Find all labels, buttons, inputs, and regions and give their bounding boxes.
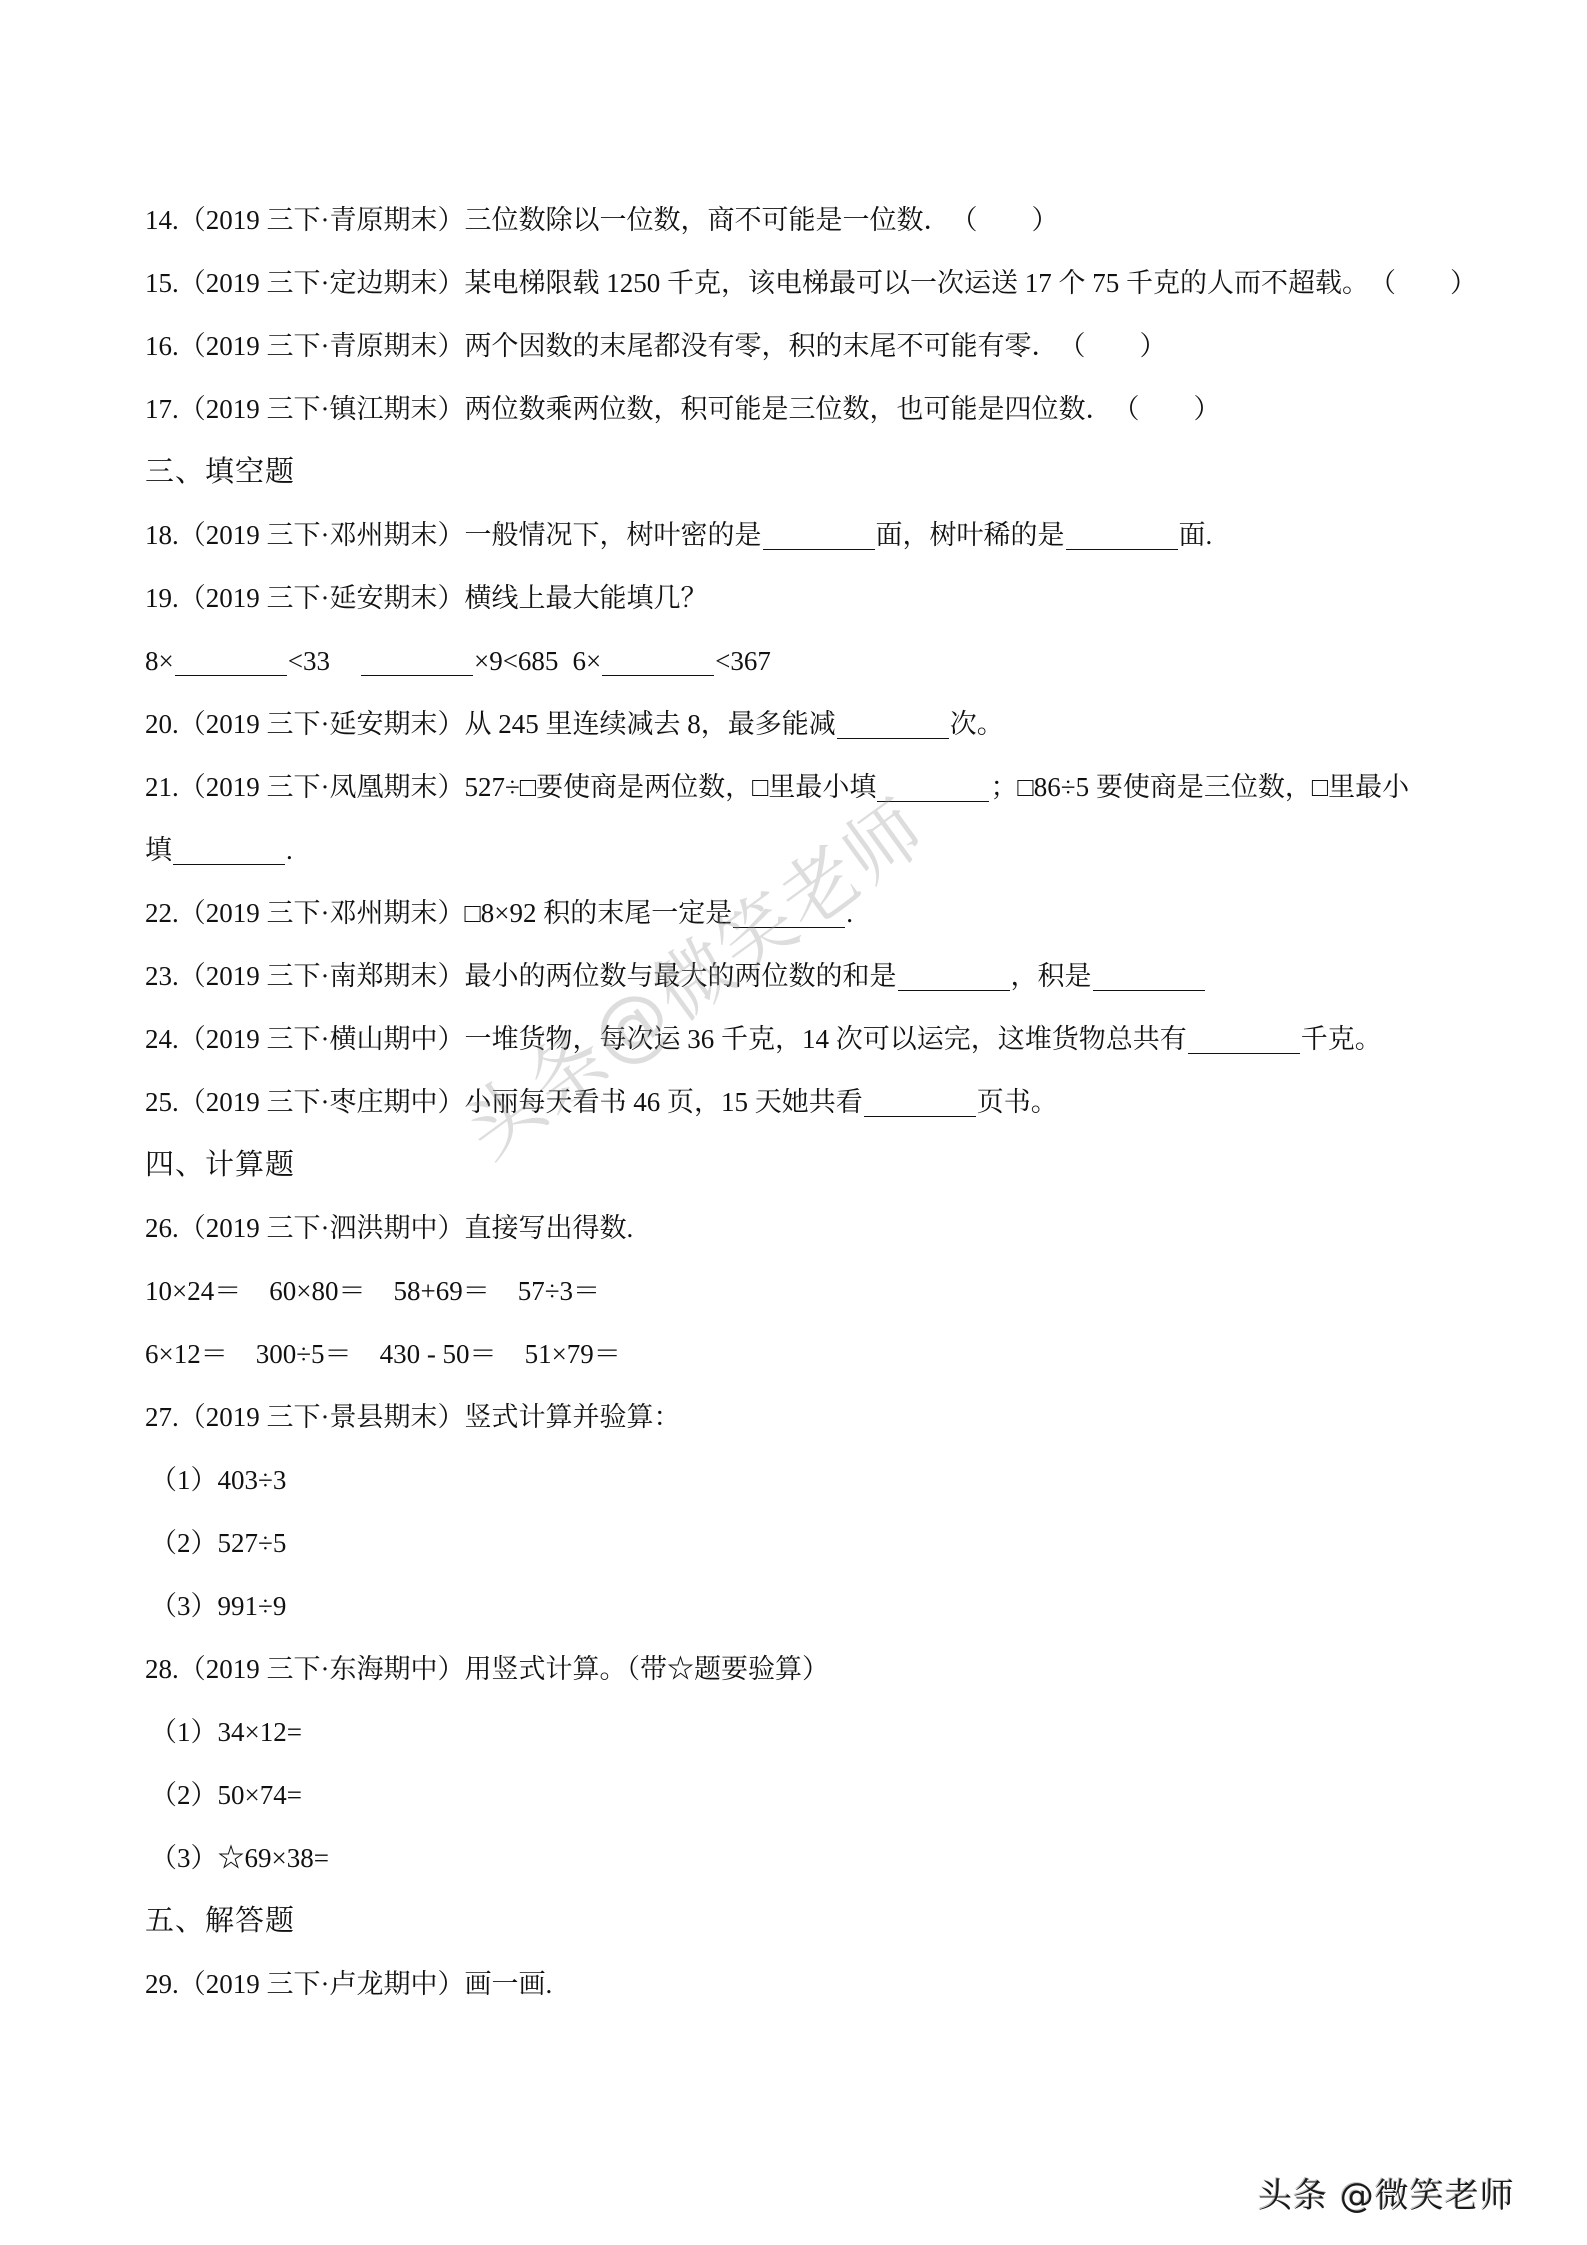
question-25: 25.（2019 三下·枣庄期中）小丽每天看书 46 页，15 天她共看页书。	[145, 1080, 1445, 1124]
question-28: 28.（2019 三下·东海期中）用竖式计算。（带☆题要验算）	[145, 1647, 1445, 1691]
question-source: （2019 三下·卢龙期中）	[179, 1969, 465, 1999]
answer-blank[interactable]	[175, 645, 287, 676]
question-number: 27.	[145, 1402, 179, 1432]
answer-blank[interactable]	[1093, 960, 1205, 991]
question-number: 17.	[145, 394, 179, 424]
question-text: .	[286, 835, 293, 865]
calc-item: 430 - 50＝	[380, 1339, 497, 1369]
question-text: 527÷□要使商是两位数，□里最小填	[465, 772, 877, 802]
question-number: 15.	[145, 268, 179, 298]
answer-blank[interactable]	[602, 645, 714, 676]
section-heading-fill-in: 三、填空题	[145, 450, 1445, 494]
expression-text: <33	[288, 646, 330, 676]
question-17: 17.（2019 三下·镇江期末）两位数乘两位数，积可能是三位数，也可能是四位数…	[145, 387, 1445, 431]
question-23: 23.（2019 三下·南郑期末）最小的两位数与最大的两位数的和是，积是	[145, 954, 1445, 998]
answer-blank[interactable]	[763, 519, 875, 550]
question-text: 用竖式计算。（带☆题要验算）	[465, 1654, 830, 1684]
question-text: 两位数乘两位数，积可能是三位数，也可能是四位数．	[465, 394, 1113, 424]
question-number: 22.	[145, 898, 179, 928]
question-source: （2019 三下·延安期末）	[179, 709, 465, 739]
answer-parentheses[interactable]: （ ）	[1369, 261, 1477, 305]
question-text: 一般情况下，树叶密的是	[465, 520, 762, 550]
question-text: 填	[145, 835, 172, 865]
calc-item: 6×12＝	[145, 1339, 228, 1369]
question-27-item-2: （2）527÷5	[150, 1521, 1450, 1565]
question-number: 28.	[145, 1654, 179, 1684]
question-number: 16.	[145, 331, 179, 361]
question-28-item-1: （1）34×12=	[150, 1710, 1450, 1754]
question-number: 19.	[145, 583, 179, 613]
question-16: 16.（2019 三下·青原期末）两个因数的末尾都没有零，积的末尾不可能有零．（…	[145, 324, 1445, 368]
worksheet-page: 14.（2019 三下·青原期末）三位数除以一位数，商不可能是一位数．（ ） 1…	[0, 0, 1587, 2245]
question-text: 三位数除以一位数，商不可能是一位数．	[465, 205, 951, 235]
question-21: 21.（2019 三下·凤凰期末）527÷□要使商是两位数，□里最小填；□86÷…	[145, 765, 1445, 809]
expression-text: 8×	[145, 646, 174, 676]
question-number: 26.	[145, 1213, 179, 1243]
question-18: 18.（2019 三下·邓州期末）一般情况下，树叶密的是面，树叶稀的是面.	[145, 513, 1445, 557]
question-number: 24.	[145, 1024, 179, 1054]
question-26-row-1: 10×24＝60×80＝58+69＝57÷3＝	[145, 1269, 1445, 1313]
answer-blank[interactable]	[864, 1086, 976, 1117]
question-text: 千克。	[1301, 1024, 1382, 1054]
answer-blank[interactable]	[1188, 1023, 1300, 1054]
question-source: （2019 三下·横山期中）	[179, 1024, 465, 1054]
calc-item: 60×80＝	[269, 1276, 365, 1306]
calc-item: 300÷5＝	[256, 1339, 352, 1369]
question-source: （2019 三下·镇江期末）	[179, 394, 465, 424]
question-text: 画一画.	[465, 1969, 553, 1999]
question-text: ，积是	[1011, 961, 1092, 991]
answer-parentheses[interactable]: （ ）	[1059, 324, 1167, 368]
question-text: 最小的两位数与最大的两位数的和是	[465, 961, 897, 991]
answer-blank[interactable]	[898, 960, 1010, 991]
answer-blank[interactable]	[361, 645, 473, 676]
question-source: （2019 三下·邓州期末）	[179, 898, 465, 928]
expression-text: <367	[715, 646, 771, 676]
calc-item: 51×79＝	[525, 1339, 621, 1369]
calc-item: 57÷3＝	[518, 1276, 600, 1306]
question-text: □8×92 积的末尾一定是	[465, 898, 733, 928]
question-number: 29.	[145, 1969, 179, 1999]
answer-blank[interactable]	[1066, 519, 1178, 550]
question-number: 18.	[145, 520, 179, 550]
question-source: （2019 三下·枣庄期中）	[179, 1087, 465, 1117]
answer-blank[interactable]	[173, 834, 285, 865]
question-text: .	[846, 898, 853, 928]
answer-blank[interactable]	[877, 771, 989, 802]
calc-item: 58+69＝	[393, 1276, 489, 1306]
question-number: 23.	[145, 961, 179, 991]
question-text: 一堆货物，每次运 36 千克，14 次可以运完，这堆货物总共有	[465, 1024, 1187, 1054]
question-28-item-2: （2）50×74=	[150, 1773, 1450, 1817]
question-text: 竖式计算并验算：	[465, 1402, 681, 1432]
question-text: 两个因数的末尾都没有零，积的末尾不可能有零．	[465, 331, 1059, 361]
question-source: （2019 三下·青原期末）	[179, 331, 465, 361]
question-number: 20.	[145, 709, 179, 739]
question-15: 15.（2019 三下·定边期末）某电梯限载 1250 千克，该电梯最可以一次运…	[145, 261, 1445, 305]
question-19: 19.（2019 三下·延安期末）横线上最大能填几？	[145, 576, 1445, 620]
question-source: （2019 三下·南郑期末）	[179, 961, 465, 991]
question-text: 面.	[1179, 520, 1213, 550]
question-source: （2019 三下·东海期中）	[179, 1654, 465, 1684]
question-24: 24.（2019 三下·横山期中）一堆货物，每次运 36 千克，14 次可以运完…	[145, 1017, 1445, 1061]
question-21-continued: 填.	[145, 828, 1445, 872]
question-text: 横线上最大能填几？	[465, 583, 708, 613]
answer-parentheses[interactable]: （ ）	[1113, 387, 1221, 431]
question-27-item-1: （1）403÷3	[150, 1458, 1450, 1502]
question-number: 21.	[145, 772, 179, 802]
question-text: 面，树叶稀的是	[876, 520, 1065, 550]
section-heading-calculation: 四、计算题	[145, 1143, 1445, 1187]
question-text: 小丽每天看书 46 页，15 天她共看	[465, 1087, 863, 1117]
question-text: ；□86÷5 要使商是三位数，□里最小	[990, 772, 1409, 802]
expression-text: ×9<685	[474, 646, 558, 676]
question-source: （2019 三下·延安期末）	[179, 583, 465, 613]
question-26-row-2: 6×12＝300÷5＝430 - 50＝51×79＝	[145, 1332, 1445, 1376]
question-19-expressions: 8×<33×9<6856×<367	[145, 639, 1445, 683]
expression-text: 6×	[572, 646, 601, 676]
question-26: 26.（2019 三下·泗洪期中）直接写出得数.	[145, 1206, 1445, 1250]
section-heading-word-problems: 五、解答题	[145, 1899, 1445, 1943]
question-14: 14.（2019 三下·青原期末）三位数除以一位数，商不可能是一位数．（ ）	[145, 198, 1445, 242]
question-text: 页书。	[977, 1087, 1058, 1117]
question-text: 从 245 里连续减去 8，最多能减	[465, 709, 836, 739]
question-text: 某电梯限载 1250 千克，该电梯最可以一次运送 17 个 75 千克的人而不超…	[465, 268, 1370, 298]
question-source: （2019 三下·青原期末）	[179, 205, 465, 235]
question-number: 25.	[145, 1087, 179, 1117]
question-27-item-3: （3）991÷9	[150, 1584, 1450, 1628]
question-text: 直接写出得数.	[465, 1213, 634, 1243]
question-source: （2019 三下·景县期末）	[179, 1402, 465, 1432]
question-source: （2019 三下·邓州期末）	[179, 520, 465, 550]
question-source: （2019 三下·定边期末）	[179, 268, 465, 298]
question-28-item-3: （3）☆69×38=	[150, 1836, 1450, 1880]
question-29: 29.（2019 三下·卢龙期中）画一画.	[145, 1962, 1445, 2006]
question-22: 22.（2019 三下·邓州期末）□8×92 积的末尾一定是.	[145, 891, 1445, 935]
question-number: 14.	[145, 205, 179, 235]
answer-blank[interactable]	[733, 897, 845, 928]
question-text: 次。	[950, 709, 1004, 739]
answer-parentheses[interactable]: （ ）	[951, 198, 1059, 242]
question-source: （2019 三下·凤凰期末）	[179, 772, 465, 802]
brand-logo: 头条 @微笑老师	[1258, 2168, 1515, 2217]
calc-item: 10×24＝	[145, 1276, 241, 1306]
question-27: 27.（2019 三下·景县期末）竖式计算并验算：	[145, 1395, 1445, 1439]
answer-blank[interactable]	[837, 708, 949, 739]
question-20: 20.（2019 三下·延安期末）从 245 里连续减去 8，最多能减次。	[145, 702, 1445, 746]
question-source: （2019 三下·泗洪期中）	[179, 1213, 465, 1243]
